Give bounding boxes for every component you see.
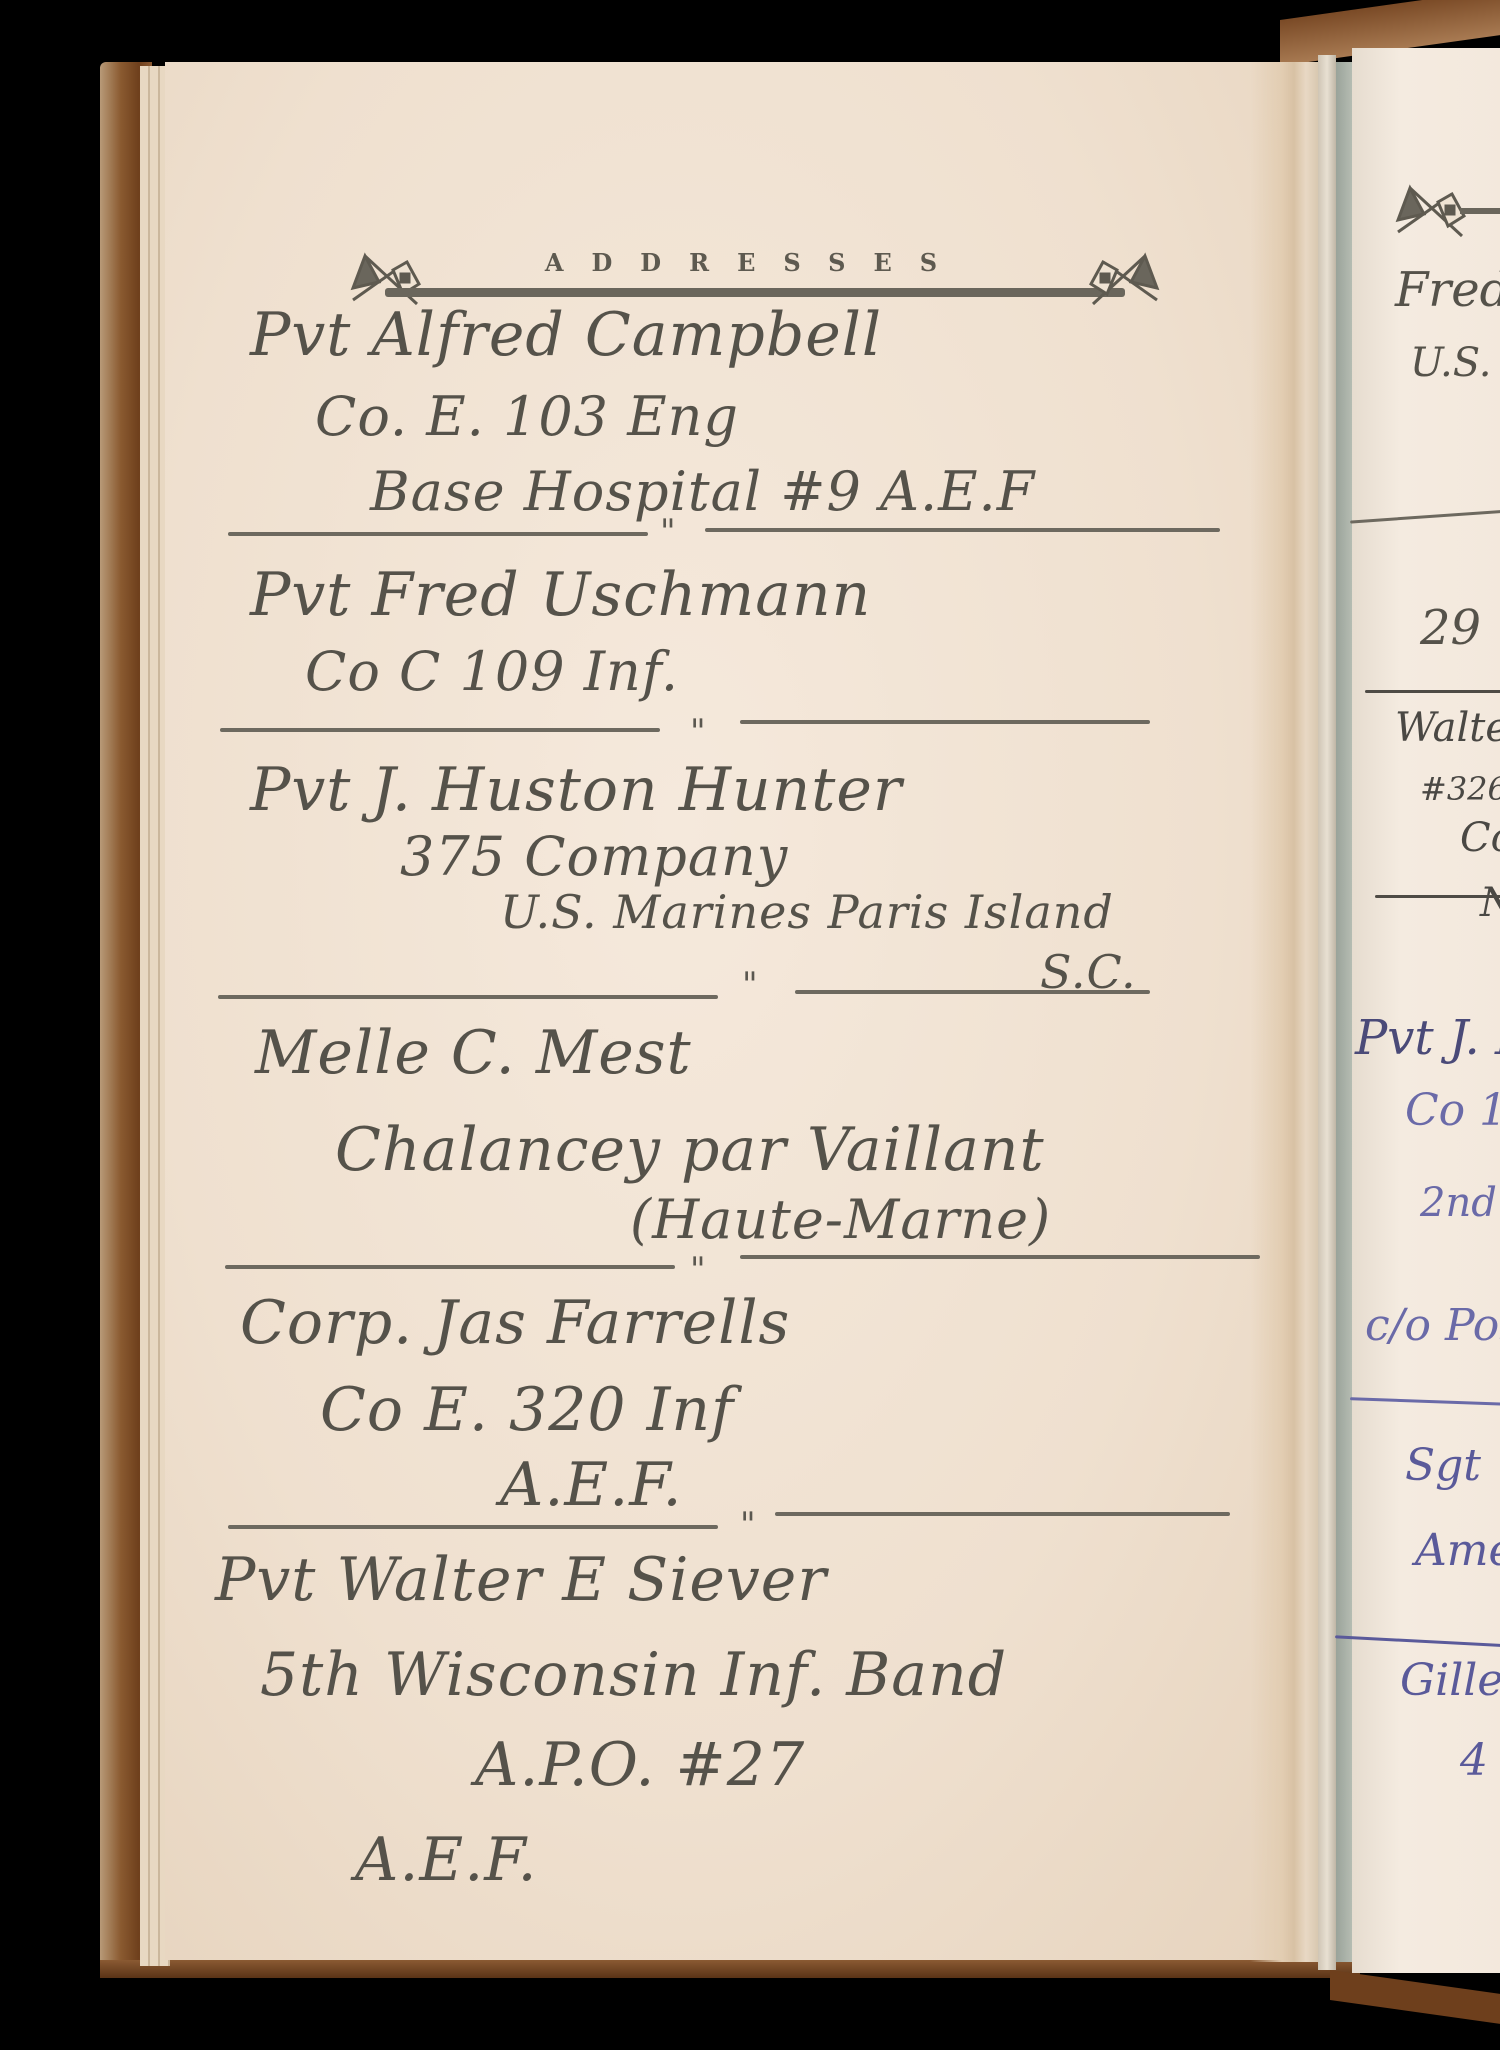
entry-line: Co C 109 Inf. — [305, 640, 679, 703]
header-title: ADDRESSES — [445, 248, 1065, 277]
header-rule — [1460, 208, 1500, 214]
separator-line — [795, 990, 1150, 994]
entry-line: 5th Wisconsin Inf. Band — [260, 1640, 1007, 1710]
separator-line — [775, 1512, 1230, 1516]
entry-line: 375 Company — [400, 825, 788, 888]
right-entry-line: Pvt J. Hu — [1355, 1010, 1500, 1066]
ditto-mark: " — [740, 1505, 756, 1545]
right-entry-line: Sgt — [1405, 1440, 1481, 1491]
crossed-flags-icon — [1085, 248, 1165, 308]
separator-line — [218, 995, 718, 999]
entry-name: Pvt Alfred Campbell — [250, 300, 882, 370]
right-entry-line: 2nd — [1420, 1180, 1497, 1226]
entry-name: Pvt Fred Uschmann — [250, 560, 871, 630]
separator-line — [705, 528, 1220, 532]
right-entry-line: Ame — [1415, 1525, 1500, 1576]
ditto-mark: " — [742, 965, 758, 1005]
separator-line — [1365, 690, 1500, 693]
right-entry-line: 4 — [1460, 1735, 1488, 1786]
ditto-mark: " — [690, 712, 706, 752]
right-entry-line: Fred — [1395, 262, 1500, 318]
entry-name: Melle C. Mest — [255, 1018, 692, 1088]
separator-line — [220, 728, 660, 732]
separator-line — [740, 1255, 1260, 1259]
entry-line: (Haute-Marne) — [630, 1188, 1051, 1251]
separator-line — [740, 720, 1150, 724]
right-entry-line: c/o Posta — [1365, 1300, 1500, 1351]
entry-name: Pvt J. Huston Hunter — [250, 755, 903, 825]
ditto-mark: " — [690, 1250, 706, 1290]
addresses-header: ADDRESSES — [345, 248, 1165, 308]
entry-line: U.S. Marines Paris Island — [500, 885, 1114, 939]
book-cover-bottom-right — [1330, 1970, 1500, 2028]
crossed-flags-icon — [1390, 175, 1470, 245]
entry-name: Corp. Jas Farrells — [240, 1288, 790, 1358]
right-entry-line: Gillea — [1400, 1655, 1500, 1706]
bookmark-ribbon — [1318, 55, 1336, 1970]
right-entry-line: Co 1 — [1405, 1085, 1500, 1136]
entry-line: A.P.O. #27 — [475, 1730, 805, 1800]
separator-line — [225, 1265, 675, 1269]
entry-line: A.E.F. — [355, 1825, 538, 1895]
book-cover-bottom — [100, 1960, 1360, 1978]
right-entry-line: Walter — [1395, 705, 1500, 751]
right-entry-line: #326 — [1420, 770, 1500, 808]
right-entry-line: 29 — [1420, 600, 1481, 656]
entry-name: Pvt Walter E Siever — [215, 1545, 827, 1615]
ditto-mark: " — [660, 512, 676, 552]
crossed-flags-icon — [345, 248, 425, 308]
entry-line: Co. E. 103 Eng — [315, 385, 739, 448]
entry-line: Co E. 320 Inf — [320, 1375, 734, 1445]
entry-line: Base Hospital #9 A.E.F — [370, 460, 1035, 523]
right-entry-line: Co — [1460, 815, 1500, 861]
separator-line — [1375, 895, 1500, 898]
right-entry-line: U.S. — [1410, 340, 1491, 386]
separator-line — [228, 1525, 718, 1529]
entry-line: A.E.F. — [500, 1450, 683, 1520]
entry-line: Chalancey par Vaillant — [335, 1115, 1045, 1185]
header-rule — [385, 288, 1125, 297]
separator-line — [228, 532, 648, 536]
bookmark-ribbon-shadow — [1336, 62, 1352, 1962]
right-entry-line: N — [1480, 880, 1500, 926]
